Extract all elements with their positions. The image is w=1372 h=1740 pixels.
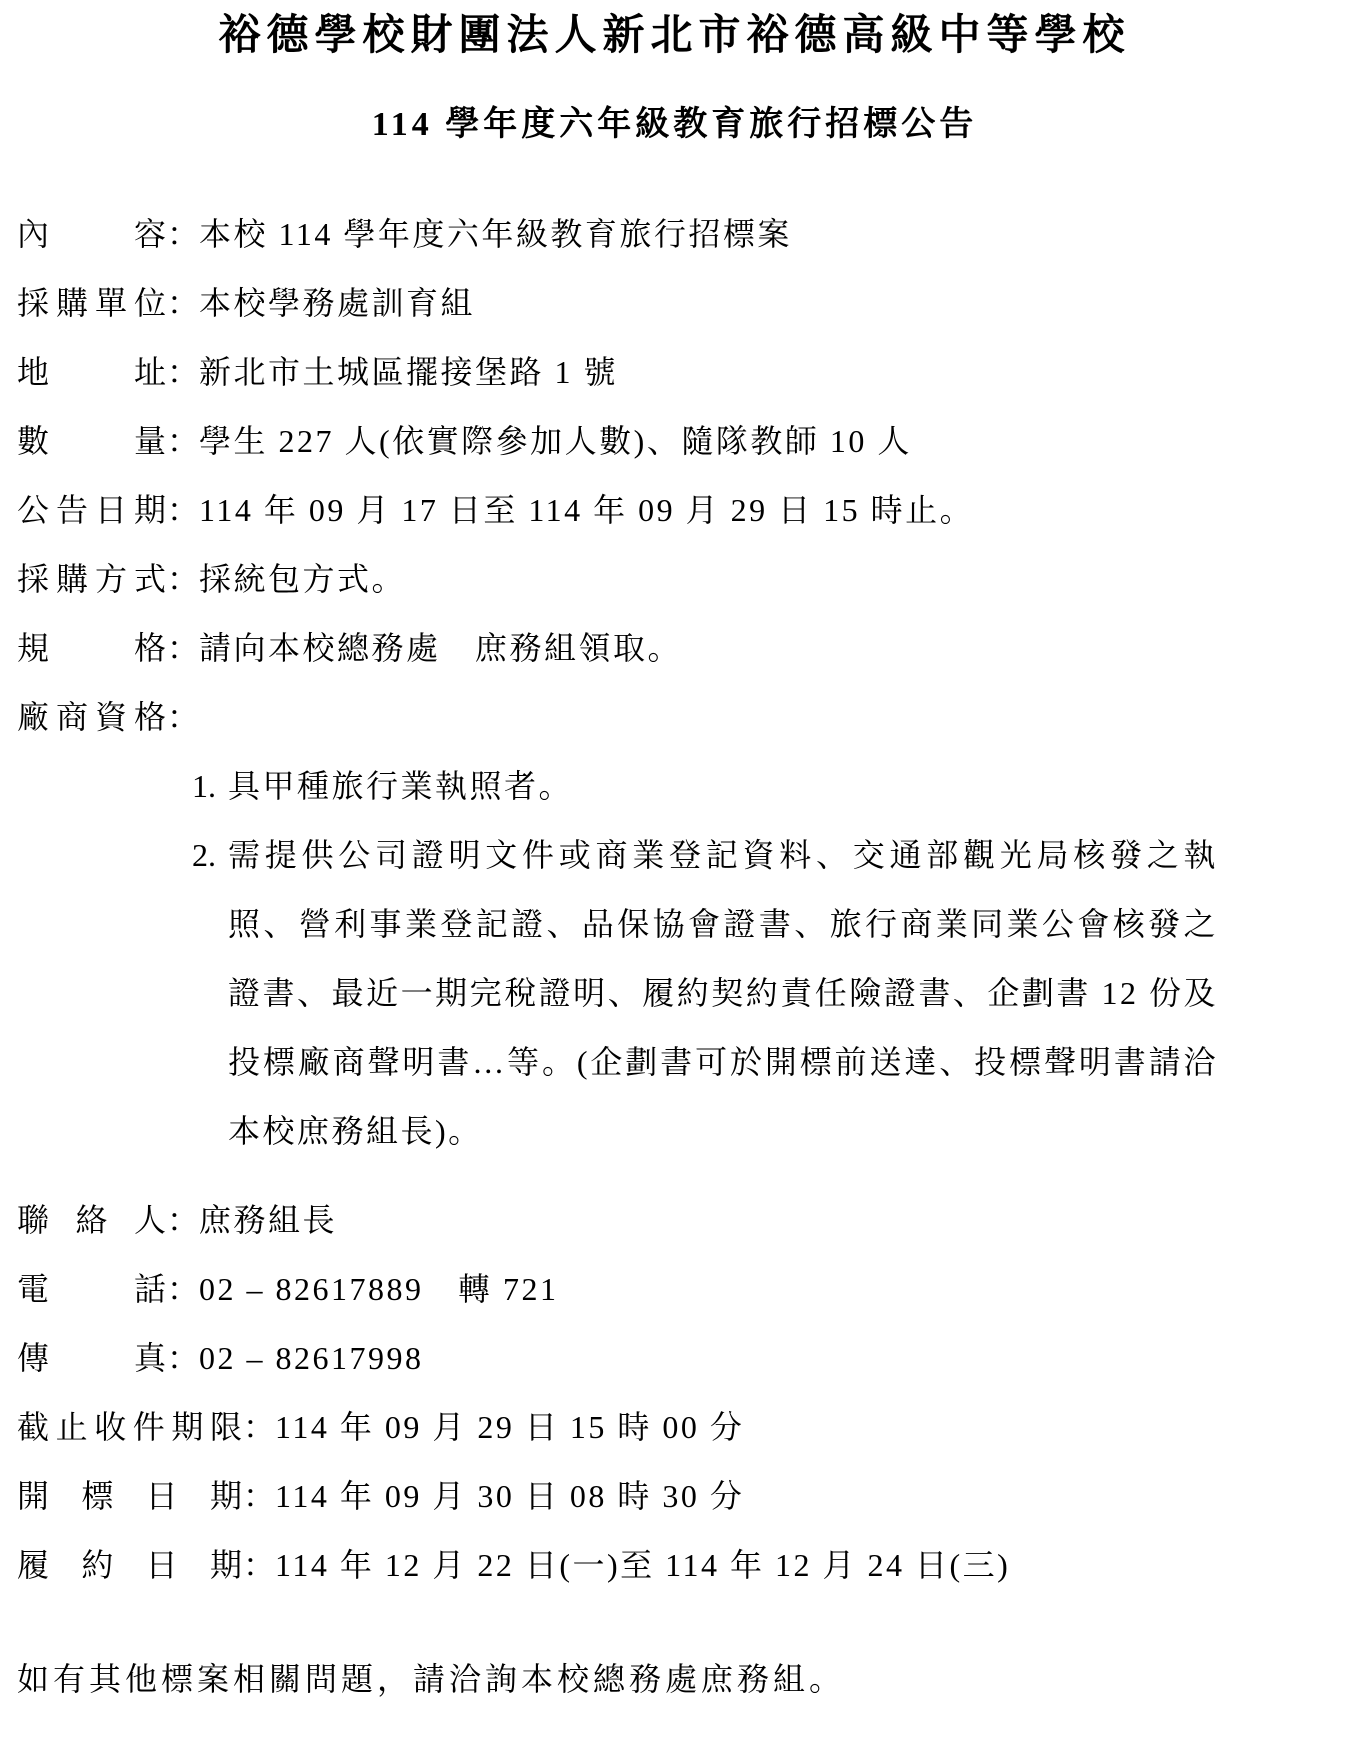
colon-separator: ： (167, 476, 199, 545)
field-value-procurement-unit: 本校學務處訓育組 (199, 269, 475, 338)
colon-separator: ： (243, 1531, 275, 1600)
colon-separator: ： (243, 1393, 275, 1462)
field-value-submission-deadline: 114 年 09 月 29 日 15 時 00 分 (275, 1393, 744, 1462)
field-value-specification: 請向本校總務處 庶務組領取。 (199, 614, 682, 683)
field-label-procurement-unit: 採購單位 (17, 269, 167, 338)
field-row-announcement-period: 公告日期：114 年 09 月 17 日至 114 年 09 月 29 日 15… (17, 476, 1332, 545)
field-label-fax: 傳真 (17, 1324, 167, 1393)
colon-separator: ： (167, 269, 199, 338)
field-value-procurement-method: 採統包方式。 (199, 545, 406, 614)
field-value-announcement-period: 114 年 09 月 17 日至 114 年 09 月 29 日 15 時止。 (199, 476, 974, 545)
field-row-address: 地址：新北市土城區擺接堡路 1 號 (17, 338, 1332, 407)
qualification-list: 1. 具甲種旅行業執照者。 2. 需提供公司證明文件或商業登記資料、交通部觀光局… (17, 752, 1332, 1166)
colon-separator: ： (167, 545, 199, 614)
field-row-specification: 規格：請向本校總務處 庶務組領取。 (17, 614, 1332, 683)
colon-separator: ： (167, 200, 199, 269)
field-value-performance-date: 114 年 12 月 22 日(一)至 114 年 12 月 24 日(三) (275, 1531, 1010, 1600)
field-label-performance-date: 履約日期 (17, 1531, 243, 1600)
field-label-submission-deadline: 截止收件期限 (17, 1393, 243, 1462)
colon-separator: ： (167, 1186, 199, 1255)
field-value-content: 本校 114 學年度六年級教育旅行招標案 (199, 200, 792, 269)
field-list: 內容：本校 114 學年度六年級教育旅行招標案 採購單位：本校學務處訓育組 地址… (17, 200, 1332, 1600)
field-row-bid-opening-date: 開標日期：114 年 09 月 30 日 08 時 30 分 (17, 1462, 1332, 1531)
field-row-quantity: 數量：學生 227 人(依實際參加人數)、隨隊教師 10 人 (17, 407, 1332, 476)
field-label-supplier-qualification: 廠商資格 (17, 683, 167, 752)
field-row-supplier-qualification: 廠商資格： (17, 683, 1332, 752)
field-label-content: 內容 (17, 200, 167, 269)
field-label-specification: 規格 (17, 614, 167, 683)
colon-separator: ： (167, 1255, 199, 1324)
qualification-item-1: 1. 具甲種旅行業執照者。 (17, 752, 1332, 821)
colon-separator: ： (167, 614, 199, 683)
field-row-phone: 電話：02 – 82617889 轉 721 (17, 1255, 1332, 1324)
qualification-item-1-text: 具甲種旅行業執照者。 (228, 752, 1218, 821)
colon-separator: ： (167, 1324, 199, 1393)
field-row-fax: 傳真：02 – 82617998 (17, 1324, 1332, 1393)
school-name-title: 裕德學校財團法人新北市裕德高級中等學校 (17, 8, 1332, 64)
field-row-performance-date: 履約日期：114 年 12 月 22 日(一)至 114 年 12 月 24 日… (17, 1531, 1332, 1600)
qualification-item-1-number: 1. (192, 752, 228, 821)
announcement-subtitle: 114 學年度六年級教育旅行招標公告 (17, 102, 1332, 148)
footer-note: 如有其他標案相關問題，請洽詢本校總務處庶務組。 (17, 1657, 1332, 1701)
field-value-address: 新北市土城區擺接堡路 1 號 (199, 338, 618, 407)
field-row-submission-deadline: 截止收件期限：114 年 09 月 29 日 15 時 00 分 (17, 1393, 1332, 1462)
field-label-procurement-method: 採購方式 (17, 545, 167, 614)
field-row-procurement-unit: 採購單位：本校學務處訓育組 (17, 269, 1332, 338)
field-row-procurement-method: 採購方式：採統包方式。 (17, 545, 1332, 614)
field-label-address: 地址 (17, 338, 167, 407)
field-label-announcement-period: 公告日期 (17, 476, 167, 545)
field-row-content: 內容：本校 114 學年度六年級教育旅行招標案 (17, 200, 1332, 269)
colon-separator: ： (167, 338, 199, 407)
contact-block: 聯絡人：庶務組長 電話：02 – 82617889 轉 721 傳真：02 – … (17, 1186, 1332, 1600)
tender-announcement-document: 裕德學校財團法人新北市裕德高級中等學校 114 學年度六年級教育旅行招標公告 內… (0, 0, 1372, 1740)
field-value-contact-person: 庶務組長 (199, 1186, 337, 1255)
qualification-item-2: 2. 需提供公司證明文件或商業登記資料、交通部觀光局核發之執照、營利事業登記證、… (17, 821, 1332, 1166)
field-label-bid-opening-date: 開標日期 (17, 1462, 243, 1531)
colon-separator: ： (167, 683, 199, 752)
qualification-item-2-text: 需提供公司證明文件或商業登記資料、交通部觀光局核發之執照、營利事業登記證、品保協… (228, 821, 1218, 1166)
field-value-quantity: 學生 227 人(依實際參加人數)、隨隊教師 10 人 (199, 407, 912, 476)
field-value-phone: 02 – 82617889 轉 721 (199, 1255, 559, 1324)
field-value-bid-opening-date: 114 年 09 月 30 日 08 時 30 分 (275, 1462, 744, 1531)
field-label-quantity: 數量 (17, 407, 167, 476)
field-row-contact-person: 聯絡人：庶務組長 (17, 1186, 1332, 1255)
colon-separator: ： (167, 407, 199, 476)
field-label-phone: 電話 (17, 1255, 167, 1324)
colon-separator: ： (243, 1462, 275, 1531)
qualification-item-2-number: 2. (192, 821, 228, 890)
field-label-contact-person: 聯絡人 (17, 1186, 167, 1255)
field-value-fax: 02 – 82617998 (199, 1324, 424, 1393)
